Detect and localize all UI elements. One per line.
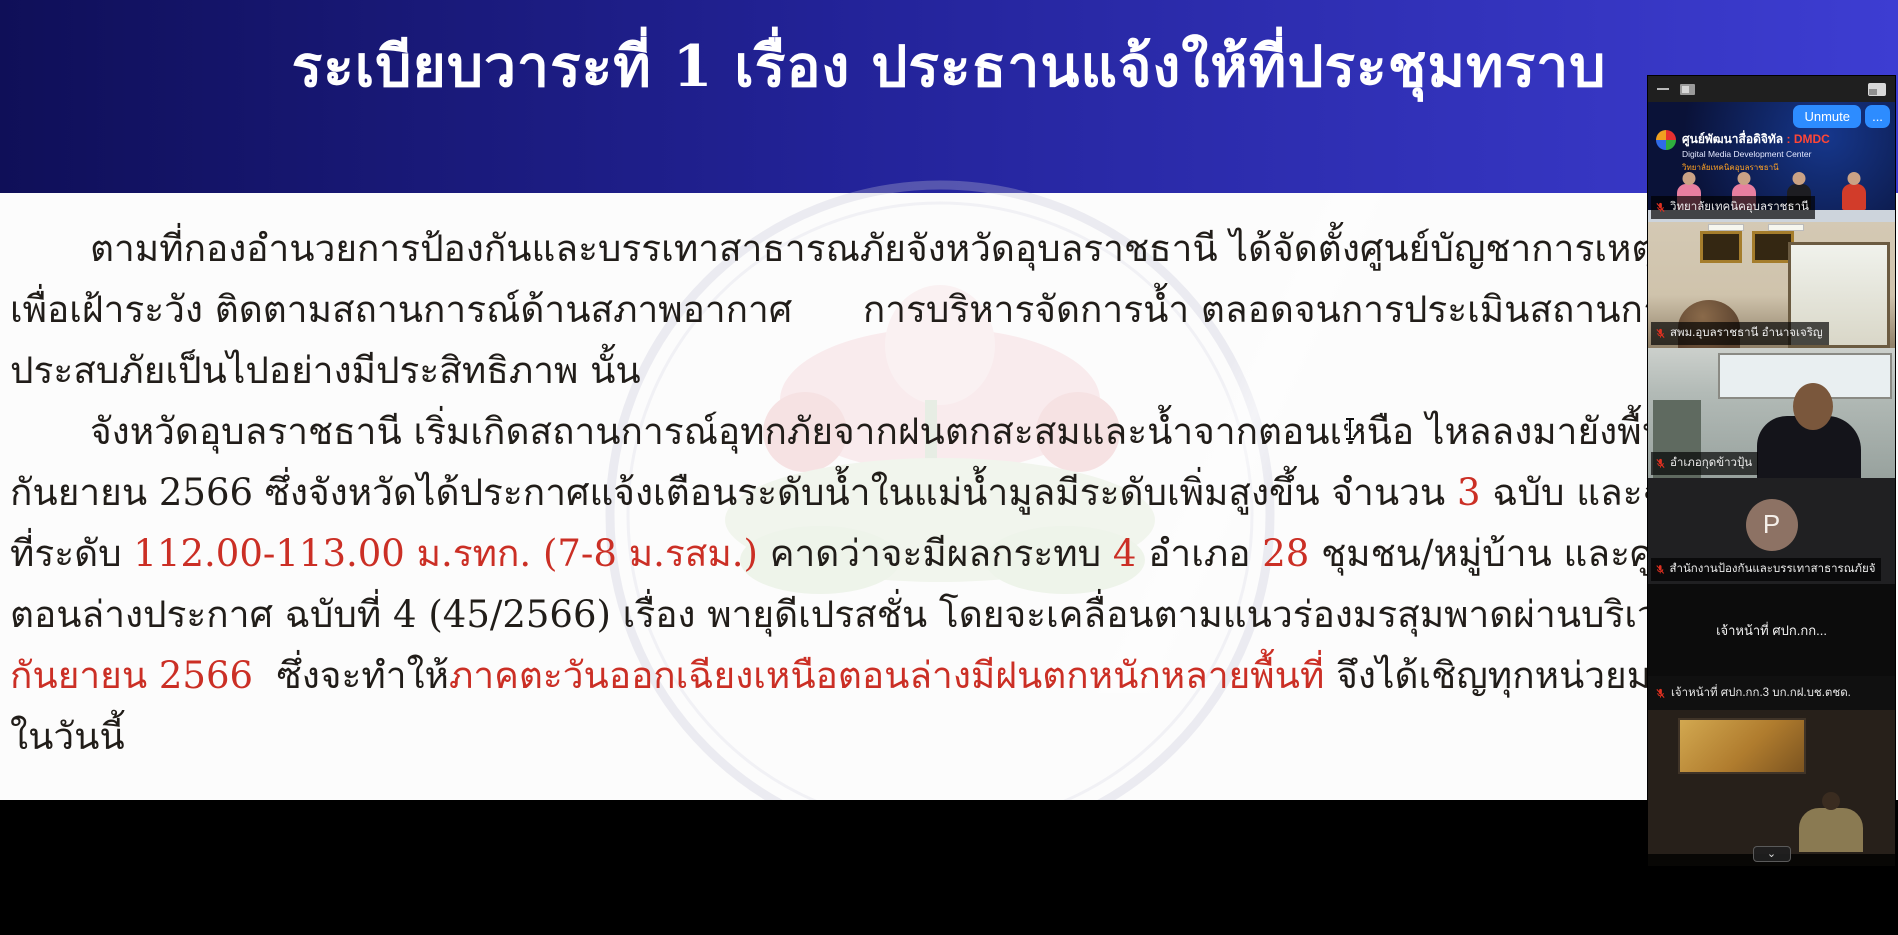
participant-tile-4[interactable]: Pสำนักงานป้องกันและบรรเทาสาธารณภัยจั... <box>1648 478 1895 584</box>
slide-text-line: ที่ระดับ 112.00-113.00 ม.รทก. (7-8 ม.รสม… <box>10 523 1888 584</box>
participant-name-text: วิทยาลัยเทคนิคอุบลราชธานี <box>1670 198 1809 216</box>
slide-text-line: ตามที่กองอำนวยการป้องกันและบรรเทาสาธารณภ… <box>10 218 1888 279</box>
body-text: เพื่อเฝ้าระวัง ติดตามสถานการณ์ด้านสภาพอา… <box>10 288 1888 331</box>
body-text: ประสบภัยเป็นไปอย่างมีประสิทธิภาพ นั้น <box>10 349 641 392</box>
mic-muted-icon <box>1655 202 1666 213</box>
slide-text-line: กันยายน 2566 ซึ่งจังหวัดได้ประกาศแจ้งเตื… <box>10 462 1888 523</box>
highlighted-text: 3 <box>1457 471 1481 514</box>
body-text: ตอนล่างประกาศ ฉบับที่ 4 (45/2566) เรื่อง… <box>10 593 1888 636</box>
participant-tile-5[interactable]: เจ้าหน้าที่ ศปก.กก... <box>1648 584 1895 676</box>
participant-figure <box>1799 808 1863 852</box>
body-text: ในวันนี้ <box>10 715 125 758</box>
participant-name-text: สพม.อุบลราชธานี อำนาจเจริญ <box>1670 324 1823 342</box>
grid-view-icon[interactable] <box>1732 83 1745 96</box>
participant-name-text: สำนักงานป้องกันและบรรเทาสาธารณภัยจั... <box>1669 560 1874 578</box>
participant-name-bar: สำนักงานป้องกันและบรรเทาสาธารณภัยจั... <box>1651 558 1881 581</box>
text-cursor-pointer <box>1342 416 1358 442</box>
participant-name-bar: วิทยาลัยเทคนิคอุบลราชธานี <box>1651 196 1815 219</box>
participant-name-text: เจ้าหน้าที่ ศปก.กก.3 บก.กฝ.บช.ตชด. <box>1671 684 1851 702</box>
person-figure <box>1842 184 1866 210</box>
body-text: ที่ระดับ <box>10 532 133 575</box>
room-video-scene: ⌄ <box>1648 710 1895 866</box>
highlighted-text: 4 <box>1113 532 1137 575</box>
gallery-view-icon[interactable] <box>1706 84 1721 95</box>
mic-muted-icon <box>1655 458 1666 469</box>
dmdc-title-suffix: : DMDC <box>1783 132 1830 146</box>
highlighted-text: 112.00-113.00 ม.รทก. (7-8 ม.รสม.) <box>133 532 758 575</box>
picture-frame <box>1700 231 1742 263</box>
body-text: ตามที่กองอำนวยการป้องกันและบรรเทาสาธารณภ… <box>90 227 1888 270</box>
slide-text-line: จังหวัดอุบลราชธานี เริ่มเกิดสถานการณ์อุท… <box>10 401 1888 462</box>
mic-muted-icon <box>1655 564 1665 575</box>
highlighted-text: กันยายน 2566 <box>10 654 253 697</box>
dmdc-banner: ศูนย์พัฒนาสื่อดิจิทัล : DMDCDigital Medi… <box>1656 130 1891 174</box>
dmdc-title-th: ศูนย์พัฒนาสื่อดิจิทัล <box>1682 132 1783 146</box>
participant-name-bar: สพม.อุบลราชธานี อำนาจเจริญ <box>1651 322 1829 345</box>
participant-head <box>1793 383 1833 430</box>
slide-text-line: ตอนล่างประกาศ ฉบับที่ 4 (45/2566) เรื่อง… <box>10 584 1888 645</box>
dmdc-org: วิทยาลัยเทคนิคอุบลราชธานี <box>1682 161 1830 174</box>
slide-title: ระเบียบวาระที่ 1 เรื่อง ประธานแจ้งให้ที่… <box>0 22 1898 112</box>
mic-muted-icon <box>1655 688 1666 699</box>
speaker-view-icon[interactable] <box>1680 84 1695 95</box>
more-options-button[interactable]: ... <box>1865 105 1890 128</box>
mic-control-group: Unmute ... <box>1793 105 1890 128</box>
mic-muted-icon <box>1655 328 1666 339</box>
ceiling-light <box>1708 224 1744 231</box>
body-text: จังหวัดอุบลราชธานี เริ่มเกิดสถานการณ์อุท… <box>90 410 1888 453</box>
participant-tiles: ศูนย์พัฒนาสื่อดิจิทัล : DMDCDigital Medi… <box>1648 102 1895 866</box>
participant-name-bar: อำเภอกุดข้าวปุ้น <box>1651 452 1758 475</box>
layout-icon[interactable] <box>1868 83 1886 96</box>
unmute-button[interactable]: Unmute <box>1793 105 1861 128</box>
body-text: อำเภอ <box>1136 532 1262 575</box>
dmdc-banner-text: ศูนย์พัฒนาสื่อดิจิทัล : DMDCDigital Medi… <box>1682 130 1830 174</box>
minimize-icon[interactable] <box>1657 88 1669 90</box>
participant-tile-7[interactable]: ⌄ <box>1648 710 1895 866</box>
presentation-slide: ระเบียบวาระที่ 1 เรื่อง ประธานแจ้งให้ที่… <box>0 0 1898 800</box>
participant-tile-3[interactable]: อำเภอกุดข้าวปุ้น <box>1648 348 1895 478</box>
participant-name-text: อำเภอกุดข้าวปุ้น <box>1670 454 1752 472</box>
slide-text-line: ประสบภัยเป็นไปอย่างมีประสิทธิภาพ นั้น <box>10 340 1888 401</box>
slide-body: ตามที่กองอำนวยการป้องกันและบรรเทาสาธารณภ… <box>10 218 1888 767</box>
slide-text-line: กันยายน 2566 ซึ่งจะทำให้ภาคตะวันออกเฉียง… <box>10 645 1888 706</box>
meeting-panel: Unmute ... ศูนย์พัฒนาสื่อดิจิทัล : DMDCD… <box>1648 76 1895 866</box>
letterbox-bar <box>0 800 1898 935</box>
slide-text-line: เพื่อเฝ้าระวัง ติดตามสถานการณ์ด้านสภาพอา… <box>10 279 1888 340</box>
text-video-scene: เจ้าหน้าที่ ศปก.กก... <box>1648 584 1895 676</box>
body-text: คาดว่าจะมีผลกระทบ <box>758 532 1113 575</box>
dmdc-logo-icon <box>1656 130 1676 150</box>
slide-text-line: ในวันนี้ <box>10 706 1888 767</box>
application-window: ระเบียบวาระที่ 1 เรื่อง ประธานแจ้งให้ที่… <box>0 0 1898 935</box>
avatar: P <box>1746 499 1798 551</box>
highlighted-text: 28 <box>1262 532 1309 575</box>
more-participants-chevron-button[interactable]: ⌄ <box>1753 846 1791 862</box>
dmdc-subtitle: Digital Media Development Center <box>1682 149 1830 159</box>
strip-video-scene: เจ้าหน้าที่ ศปก.กก.3 บก.กฝ.บช.ตชด. <box>1648 676 1895 710</box>
participant-tile-2[interactable]: สพม.อุบลราชธานี อำนาจเจริญ <box>1648 222 1895 348</box>
ceiling-light <box>1768 224 1804 231</box>
participant-name-text: เจ้าหน้าที่ ศปก.กก... <box>1716 620 1827 641</box>
body-text: ซึ่งจะทำให้ <box>253 654 449 697</box>
participant-tile-6[interactable]: เจ้าหน้าที่ ศปก.กก.3 บก.กฝ.บช.ตชด. <box>1648 676 1895 710</box>
dmdc-title: ศูนย์พัฒนาสื่อดิจิทัล : DMDC <box>1682 130 1830 149</box>
slide-title-bar: ระเบียบวาระที่ 1 เรื่อง ประธานแจ้งให้ที่… <box>0 0 1898 193</box>
highlighted-text: ภาคตะวันออกเฉียงเหนือตอนล่างมีฝนตกหนักหล… <box>449 654 1324 697</box>
body-text: กันยายน 2566 ซึ่งจังหวัดได้ประกาศแจ้งเตื… <box>10 471 1457 514</box>
projector-screen <box>1678 718 1806 774</box>
meeting-controls-bar <box>1648 76 1895 102</box>
